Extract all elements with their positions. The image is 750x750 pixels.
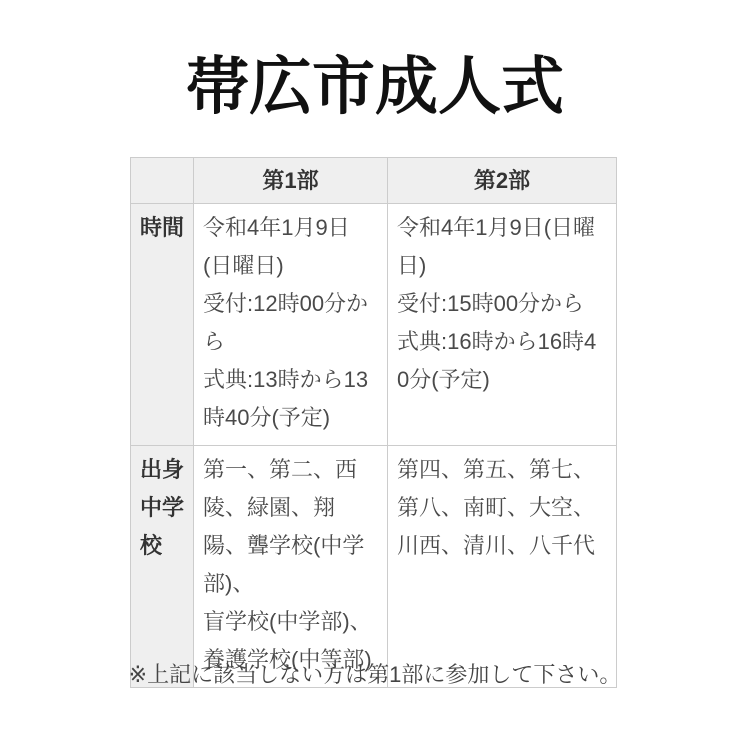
row-header-time: 時間 (131, 204, 194, 446)
table-header-row: 第1部 第2部 (131, 158, 617, 204)
column-header-part1: 第1部 (194, 158, 388, 204)
schools-part1-cell: 第一、第二、西陵、緑園、翔陽、聾学校(中学部)、 盲学校(中学部)、養護学校(中… (194, 446, 388, 688)
column-header-part2: 第2部 (388, 158, 617, 204)
page: 帯広市成人式 第1部 第2部 時間 令和4年1月9日(日曜日) 受付:12時00… (0, 0, 750, 750)
page-title: 帯広市成人式 (0, 46, 750, 128)
time-part1-cell: 令和4年1月9日(日曜日) 受付:12時00分から 式典:13時から13時40分… (194, 204, 388, 446)
footnote: ※上記に該当しない方は第1部に参加して下さい。 (0, 658, 750, 692)
row-header-schools: 出身中学校 (131, 446, 194, 688)
schools-part2-cell: 第四、第五、第七、第八、南町、大空、川西、清川、八千代 (388, 446, 617, 688)
ceremony-schedule-table: 第1部 第2部 時間 令和4年1月9日(日曜日) 受付:12時00分から 式典:… (130, 157, 617, 688)
table-row-time: 時間 令和4年1月9日(日曜日) 受付:12時00分から 式典:13時から13時… (131, 204, 617, 446)
corner-cell (131, 158, 194, 204)
time-part2-cell: 令和4年1月9日(日曜日) 受付:15時00分から 式典:16時から16時40分… (388, 204, 617, 446)
table-row-schools: 出身中学校 第一、第二、西陵、緑園、翔陽、聾学校(中学部)、 盲学校(中学部)、… (131, 446, 617, 688)
